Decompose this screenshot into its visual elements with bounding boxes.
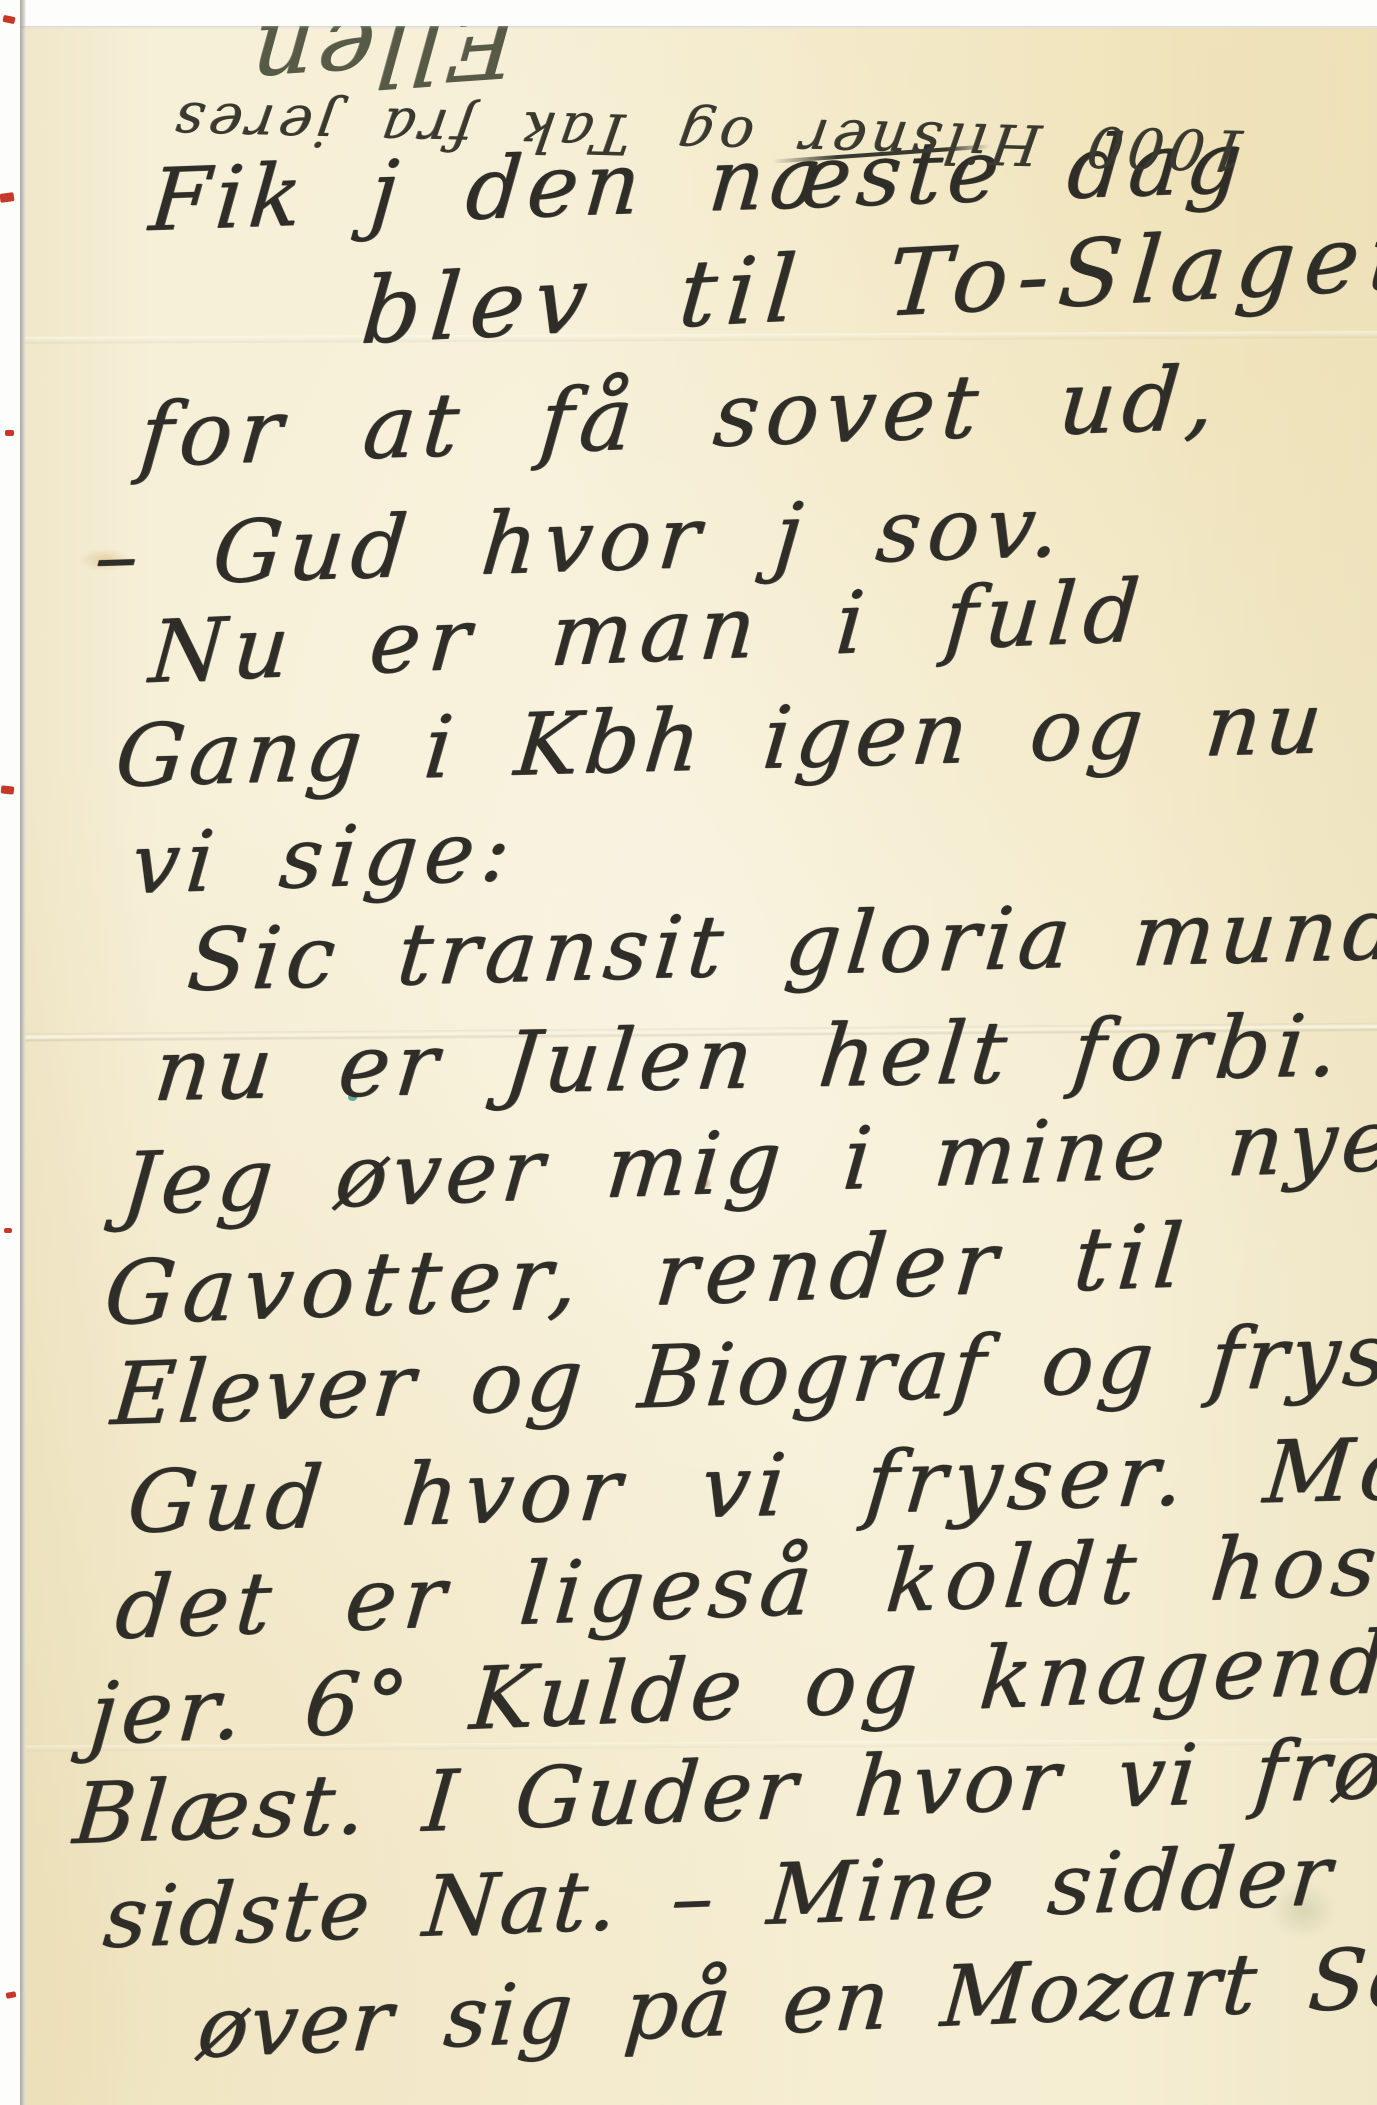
scan-speck xyxy=(4,1228,12,1233)
letter-line: vi sige: xyxy=(128,808,520,906)
scan-speck xyxy=(5,430,14,436)
scan-edge-left xyxy=(0,0,20,2105)
scan-edge-top xyxy=(0,0,1377,26)
paper-edge-shadow xyxy=(20,26,1377,29)
inverted-postscript: 1000 Hilsner og Tak fra jeres Ellen xyxy=(240,6,1250,171)
scanned-letter-page: { "document": { "kind": "Scanned page of… xyxy=(0,0,1377,2105)
paper-edge-shadow xyxy=(20,0,26,2105)
scan-speck xyxy=(1,785,15,794)
